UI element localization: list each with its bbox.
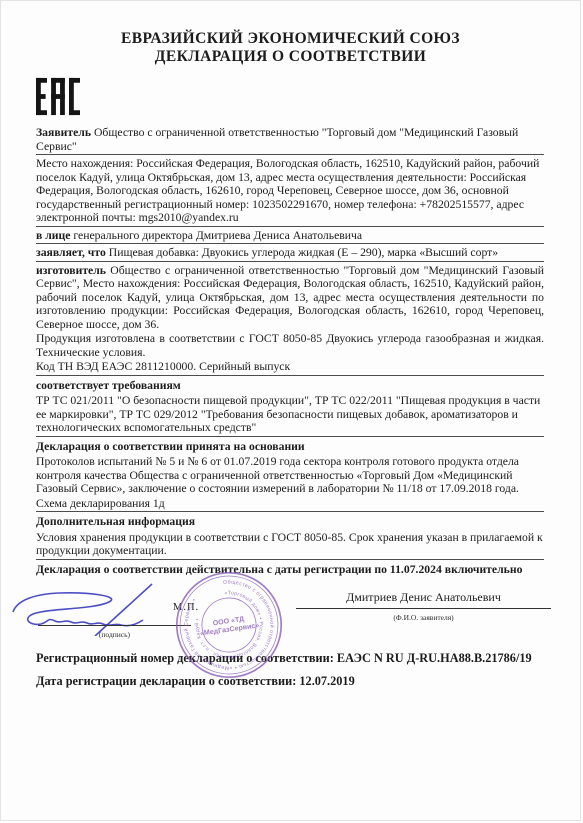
document-title: ЕВРАЗИЙСКИЙ ЭКОНОМИЧЕСКИЙ СОЮЗ ДЕКЛАРАЦИ… <box>1 1 580 66</box>
declaration-document: ЕВРАЗИЙСКИЙ ЭКОНОМИЧЕСКИЙ СОЮЗ ДЕКЛАРАЦИ… <box>0 0 581 821</box>
applicant-address-section: Место нахождения: Российская Федерация, … <box>36 157 544 227</box>
declares-section: заявляет, что Пищевая добавка: Двуокись … <box>36 246 544 262</box>
product-description: Пищевая добавка: Двуокись углерода жидка… <box>109 246 498 259</box>
tnved-code-line: Код ТН ВЭД ЕАЭС 2811210000. Серийный вып… <box>36 360 544 376</box>
validity-statement: Декларация о соответствии действительна … <box>36 563 544 577</box>
registration-number-value: ЕАЭС N RU Д-RU.НА88.В.21786/19 <box>337 651 532 665</box>
title-union: ЕВРАЗИЙСКИЙ ЭКОНОМИЧЕСКИЙ СОЮЗ <box>1 30 580 48</box>
company-stamp: Общество с ограниченной ответственностью… <box>167 563 291 687</box>
eac-logo-row <box>36 71 580 123</box>
storage-conditions: Условия хранения продукции в соответстви… <box>36 531 544 560</box>
test-protocols: Протоколов испытаний № 5 и № 6 от 01.07.… <box>36 455 544 496</box>
represented-by-label: в лице <box>36 229 70 242</box>
manufacturer-value: Общество с ограниченной ответственностью… <box>36 264 544 331</box>
complies-with-heading: соответствует требованиям <box>36 379 544 393</box>
signature-caption: (подпись) <box>38 628 191 642</box>
document-body: Заявитель Общество с ограниченной ответс… <box>1 123 580 688</box>
declarant-name-caption: (Ф.И.О. заявителя) <box>296 611 551 625</box>
represented-by-section: в лице генерального директора Дмитриева … <box>36 229 544 245</box>
technical-regulations: ТР ТС 021/2011 "О безопасности пищевой п… <box>36 394 544 437</box>
additional-info-heading: Дополнительная информация <box>36 515 544 529</box>
applicant-address: Место нахождения: Российская Федерация, … <box>36 157 539 224</box>
adopted-on-basis-heading: Декларация о соответствии принята на осн… <box>36 440 544 454</box>
applicant-value: Общество с ограниченной ответственностью… <box>36 126 518 153</box>
gost-statement: Продукция изготовлена в соответствии с Г… <box>36 332 544 359</box>
manufacturer-section: изготовитель Общество с ограниченной отв… <box>36 264 544 332</box>
declarant-name: Дмитриев Денис Анатольевич <box>296 591 551 605</box>
declaration-scheme-line: Схема декларирования 1д <box>36 497 544 513</box>
applicant-section: Заявитель Общество с ограниченной ответс… <box>36 126 544 155</box>
registration-date-line: Дата регистрации декларации о соответств… <box>36 675 544 689</box>
applicant-label: Заявитель <box>36 126 91 139</box>
eac-mark-icon <box>36 71 80 122</box>
signature-block: М.П. (подпись) Общество с ограниченной о… <box>36 580 544 652</box>
represented-by-value: генерального директора Дмитриева Дениса … <box>73 229 362 242</box>
declarant-name-line <box>296 608 551 609</box>
signature-line <box>38 625 191 626</box>
manufacturer-label: изготовитель <box>36 264 106 277</box>
title-declaration: ДЕКЛАРАЦИЯ О СООТВЕТСТВИИ <box>1 48 580 66</box>
registration-date-value: 12.07.2019 <box>299 674 354 688</box>
declares-label: заявляет, что <box>36 246 106 259</box>
